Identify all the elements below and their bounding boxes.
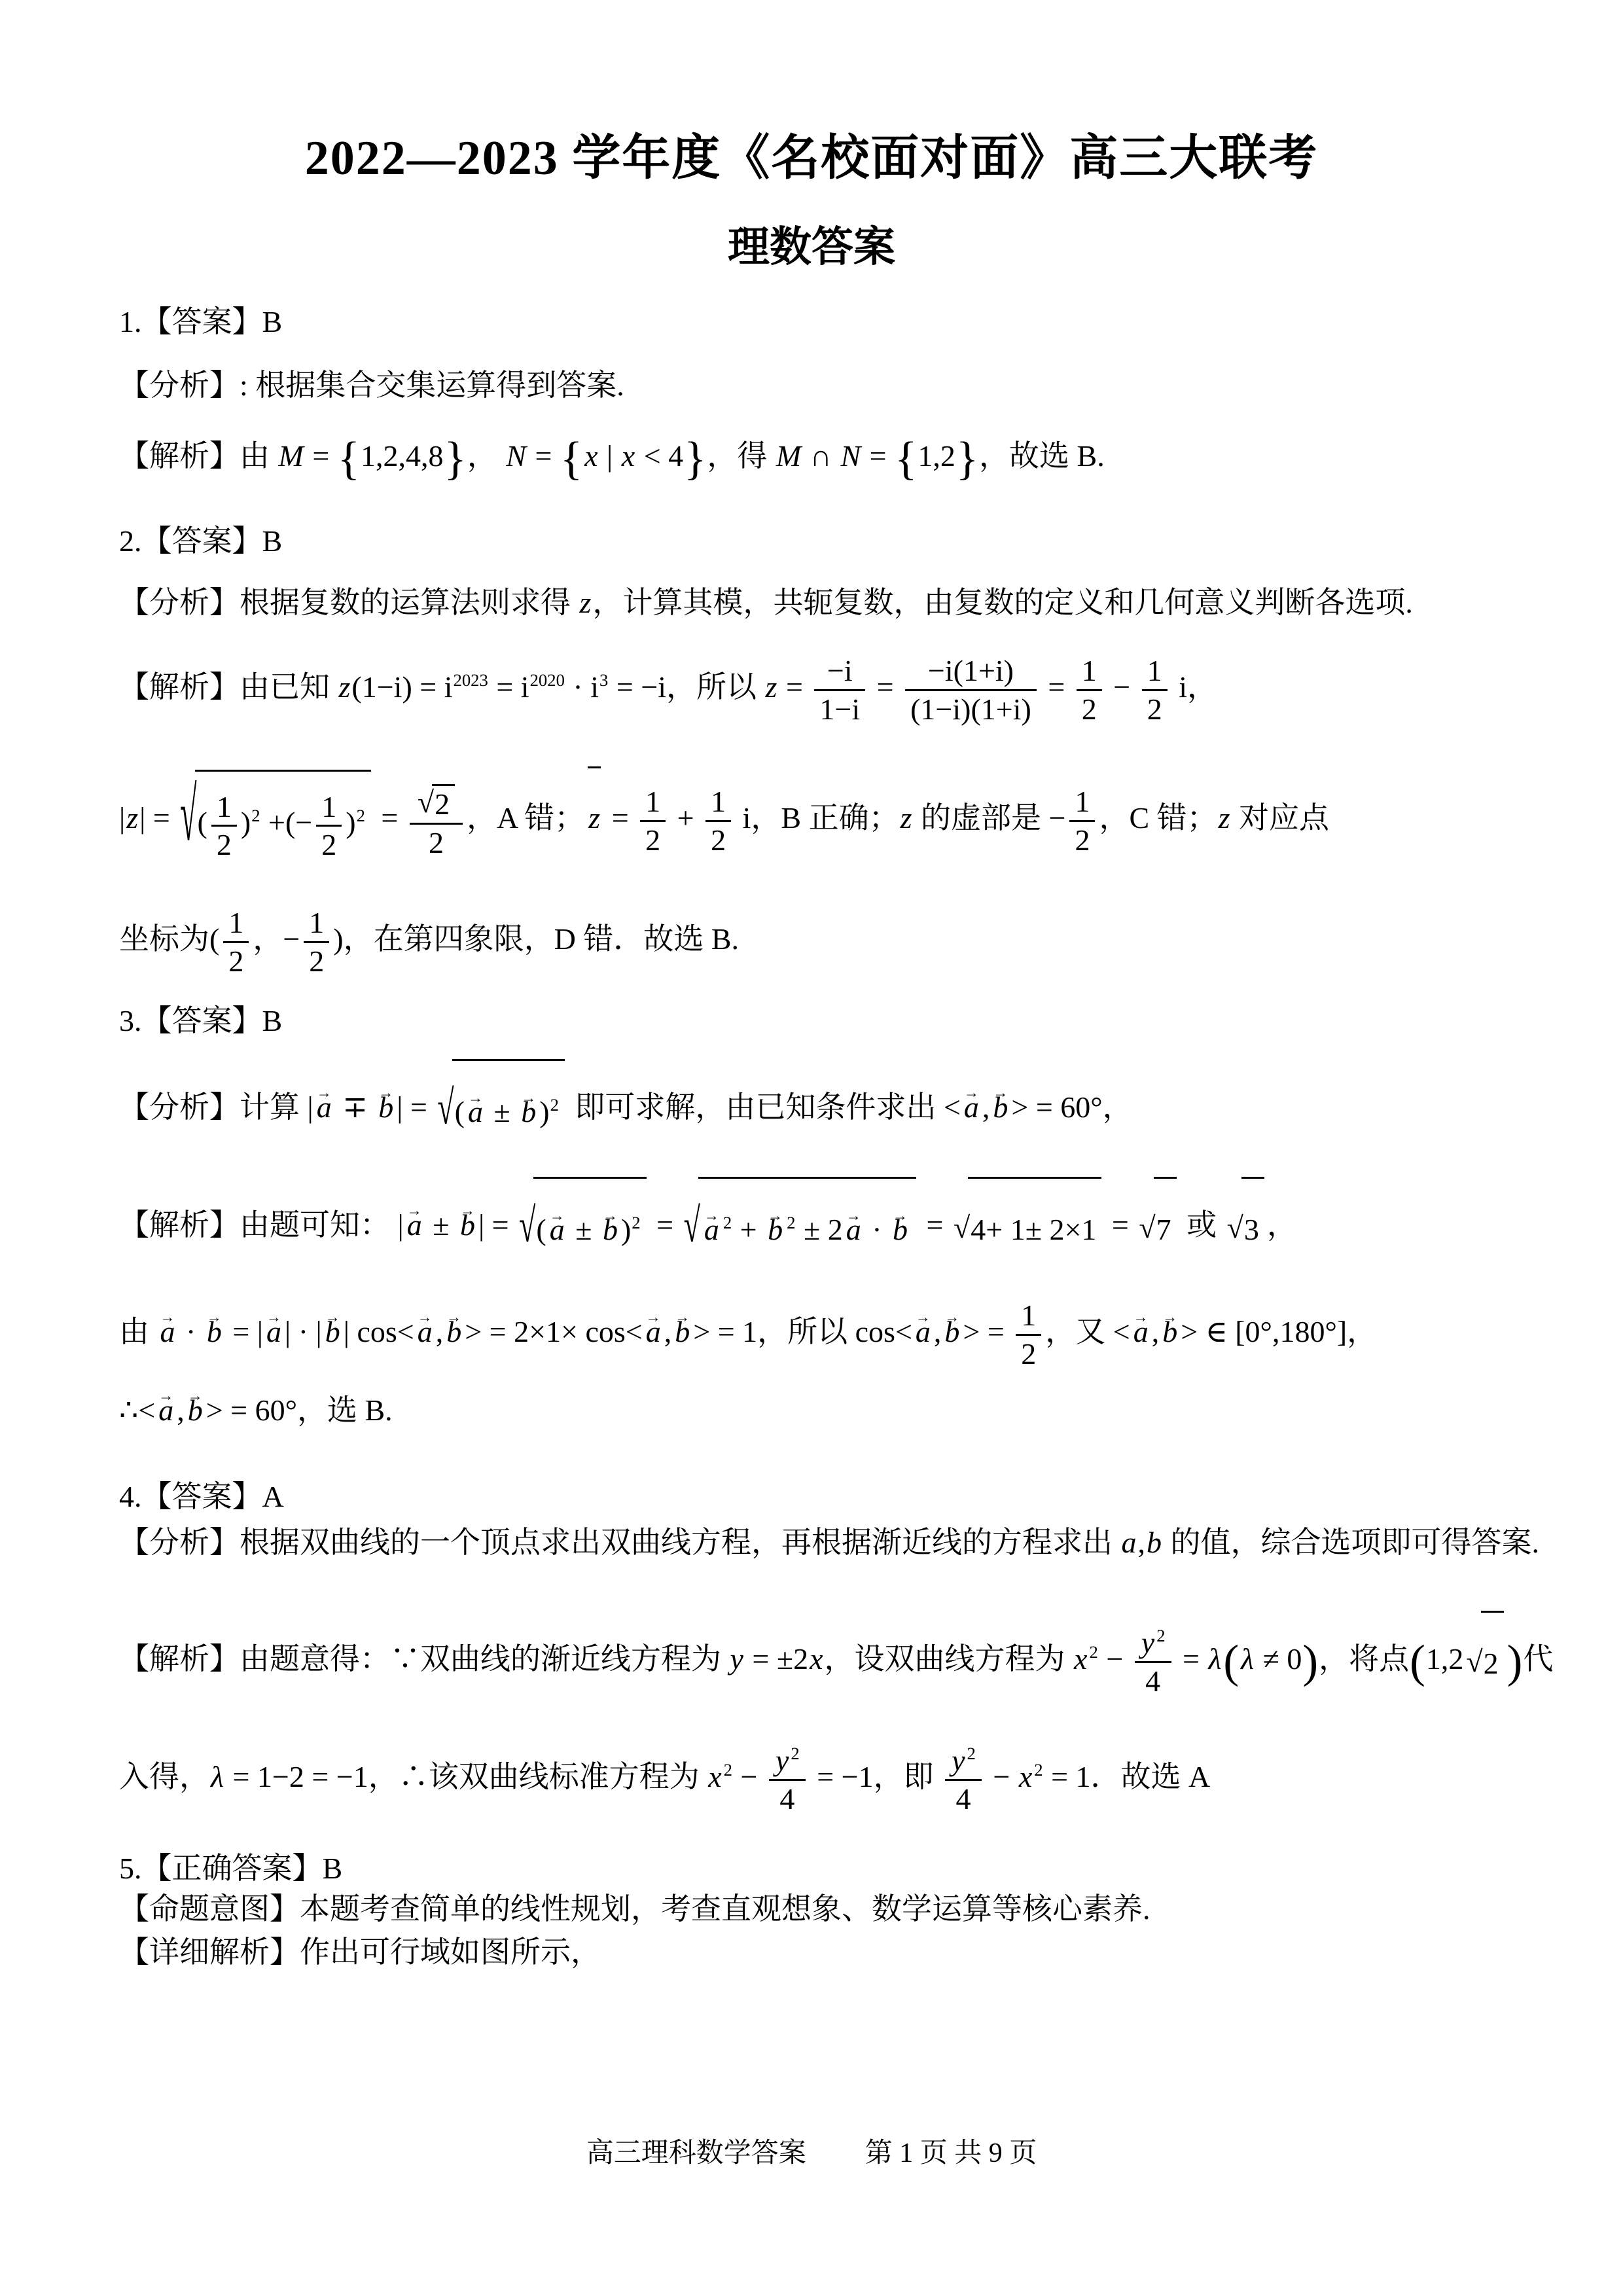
- math-token: y: [1140, 1626, 1156, 1659]
- math-token: √a2 + b2 ± 2a · b: [684, 1177, 916, 1279]
- math-token: (: [1409, 1636, 1426, 1687]
- math-token: −i1−i: [814, 655, 865, 725]
- math-token: b: [991, 1058, 1009, 1157]
- math-token: x: [808, 1642, 824, 1676]
- math-token: 12: [211, 791, 237, 861]
- math-token: z: [125, 801, 139, 834]
- math-token: b: [766, 1181, 784, 1279]
- math-token: N: [839, 439, 862, 473]
- math-token: 12: [1142, 655, 1168, 725]
- math-token: y24: [1135, 1626, 1171, 1697]
- math-token: −i(1+i)(1−i)(1+i): [905, 655, 1037, 725]
- math-token: √(a ± b)2: [437, 1059, 565, 1161]
- math-token: √2: [1466, 1611, 1503, 1713]
- q4-solution-line-1: 【解析】由题意得：∵双曲线的渐近线方程为 y = ±2x，设双曲线方程为 x2 …: [119, 1610, 1531, 1713]
- math-token: a: [1120, 1526, 1138, 1559]
- math-token: x: [1018, 1760, 1033, 1793]
- q3-solution-line-3: ∴<a,b> = 60°，选 B.: [119, 1361, 1531, 1460]
- math-token: a: [703, 1181, 721, 1279]
- math-token: }: [444, 433, 467, 484]
- math-token: 2: [722, 1213, 732, 1232]
- math-token: √(a ± b)2: [519, 1177, 647, 1279]
- math-token: √22: [410, 783, 463, 859]
- math-token: √2: [418, 784, 455, 821]
- math-token: 2020: [529, 670, 565, 690]
- math-token: b: [187, 1361, 204, 1460]
- math-token: 3: [599, 670, 609, 690]
- math-token: √7: [1139, 1177, 1176, 1279]
- math-token: √3: [1227, 1177, 1264, 1279]
- math-token: }: [955, 433, 979, 484]
- math-token: y24: [945, 1744, 982, 1815]
- math-token: a: [963, 1058, 980, 1157]
- q1-solution-line: 【解析】由 M = {1,2,4,8}， N = {x | x < 4}，得 M…: [119, 407, 1531, 505]
- math-token: 12: [223, 906, 249, 977]
- math-token: 2023: [453, 670, 489, 690]
- math-token: 2: [1088, 1642, 1098, 1662]
- math-token: ): [1507, 1636, 1524, 1687]
- math-token: a: [315, 1058, 333, 1157]
- math-token: 2: [967, 1744, 976, 1763]
- math-token: z: [338, 670, 352, 704]
- math-token: y: [774, 1744, 790, 1777]
- math-token: y: [729, 1642, 745, 1676]
- footer-page-number: 第 1 页 共 9 页: [865, 2138, 1037, 2168]
- math-token: 12: [1069, 785, 1095, 856]
- math-token: b: [601, 1181, 619, 1279]
- q2-analysis-line: 【分析】根据复数的运算法则求得 z，计算其模，共轭复数，由复数的定义和几何意义判…: [119, 579, 1531, 622]
- math-token: a: [845, 1181, 863, 1279]
- math-token: λ: [1240, 1642, 1255, 1676]
- q3-answer-line: 3.【答案】B: [119, 997, 1531, 1040]
- q3-solution-line-1: 【解析】由题可知： |a ± b| = √(a ± b)2 = √a2 + b2…: [119, 1176, 1531, 1279]
- math-token: 2: [1033, 1760, 1043, 1780]
- q4-answer-line: 4.【答案】A: [119, 1473, 1531, 1516]
- math-token: 2: [790, 1744, 800, 1763]
- page-subtitle: 理数答案: [0, 213, 1623, 274]
- math-token: a: [406, 1176, 423, 1274]
- math-token: z: [899, 801, 914, 834]
- math-token: b: [520, 1063, 537, 1161]
- math-token: }: [683, 433, 707, 484]
- q5-solution-line: 【详细解析】作出可行域如图所示，: [119, 1928, 1531, 1971]
- math-token: √4+ 1± 2×1: [954, 1177, 1101, 1279]
- q4-solution-line-2: 入得，λ = 1−2 = −1，∴该双曲线标准方程为 x2 − y24 = −1…: [119, 1728, 1531, 1826]
- math-token: y: [950, 1744, 966, 1777]
- footer-doc-title: 高三理科数学答案: [586, 2138, 806, 2168]
- math-token: 12: [1077, 655, 1102, 725]
- math-token: 12: [640, 785, 666, 856]
- math-token: 12: [316, 791, 342, 861]
- math-token: M: [277, 439, 305, 473]
- math-token: M: [775, 439, 802, 473]
- math-token: λ: [1207, 1642, 1222, 1676]
- math-token: x: [1073, 1642, 1088, 1676]
- math-token: 2: [631, 1213, 641, 1232]
- q1-answer-line: 1.【答案】B: [119, 298, 1531, 341]
- math-token: z: [579, 586, 593, 619]
- math-token: z: [764, 670, 779, 704]
- math-token: b: [459, 1176, 476, 1274]
- q2-solution-line-1: 【解析】由已知 z(1−i) = i2023 = i2020 · i3 = −i…: [119, 638, 1531, 736]
- page-title: 2022—2023 学年度《名校面对面》高三大联考: [0, 119, 1623, 188]
- math-token: b: [377, 1058, 395, 1157]
- document-page: 2022—2023 学年度《名校面对面》高三大联考 理数答案 1.【答案】B 【…: [0, 0, 1623, 2296]
- math-token: z: [1217, 801, 1232, 834]
- math-token: y24: [769, 1744, 806, 1815]
- math-token: (: [1222, 1636, 1240, 1687]
- math-token: 2: [251, 806, 260, 825]
- q2-solution-line-3: 坐标为(12，−12)，在第四象限，D 错．故选 B.: [119, 890, 1531, 988]
- math-token: 12: [705, 785, 731, 856]
- q4-analysis-line: 【分析】根据双曲线的一个顶点求出双曲线方程，再根据渐近线的方程求出 a,b 的值…: [119, 1518, 1531, 1562]
- math-token: ): [1302, 1636, 1319, 1687]
- q2-solution-line-2: |z| = √(12)2 +(−12)2 = √22，A 错；z = 12 + …: [119, 769, 1531, 872]
- math-token: b: [1145, 1526, 1163, 1559]
- math-token: x: [583, 439, 599, 473]
- math-token: a: [467, 1063, 484, 1161]
- math-token: 12: [304, 906, 329, 977]
- q1-analysis-line: 【分析】: 根据集合交集运算得到答案.: [119, 361, 1531, 404]
- math-token: 12: [1016, 1299, 1041, 1370]
- math-token: x: [620, 439, 636, 473]
- page-footer: 高三理科数学答案第 1 页 共 9 页: [0, 2131, 1623, 2170]
- math-token: x: [707, 1760, 722, 1793]
- q3-analysis-line: 【分析】计算 |a ∓ b| = √(a ± b)2 即可求解，由已知条件求出 …: [119, 1058, 1531, 1161]
- math-token: {: [894, 433, 918, 484]
- math-token: 2: [550, 1095, 560, 1115]
- q5-intent-line: 【命题意图】本题考查简单的线性规划，考查直观想象、数学运算等核心素养.: [119, 1885, 1531, 1928]
- math-token: 2: [723, 1760, 733, 1780]
- math-token: λ: [209, 1760, 225, 1793]
- q5-answer-line: 5.【正确答案】B: [119, 1844, 1531, 1888]
- math-token: {: [560, 433, 583, 484]
- q2-answer-line: 2.【答案】B: [119, 517, 1531, 560]
- math-token: z: [586, 769, 602, 867]
- math-token: b: [891, 1181, 909, 1279]
- math-token: a: [157, 1361, 175, 1460]
- math-token: 2: [356, 806, 366, 825]
- math-token: a: [548, 1181, 566, 1279]
- math-token: √(12)2 +(−12)2: [180, 770, 371, 872]
- math-token: {: [337, 433, 361, 484]
- math-token: 2: [1156, 1626, 1166, 1645]
- math-token: 2: [786, 1213, 796, 1232]
- math-token: N: [505, 439, 527, 473]
